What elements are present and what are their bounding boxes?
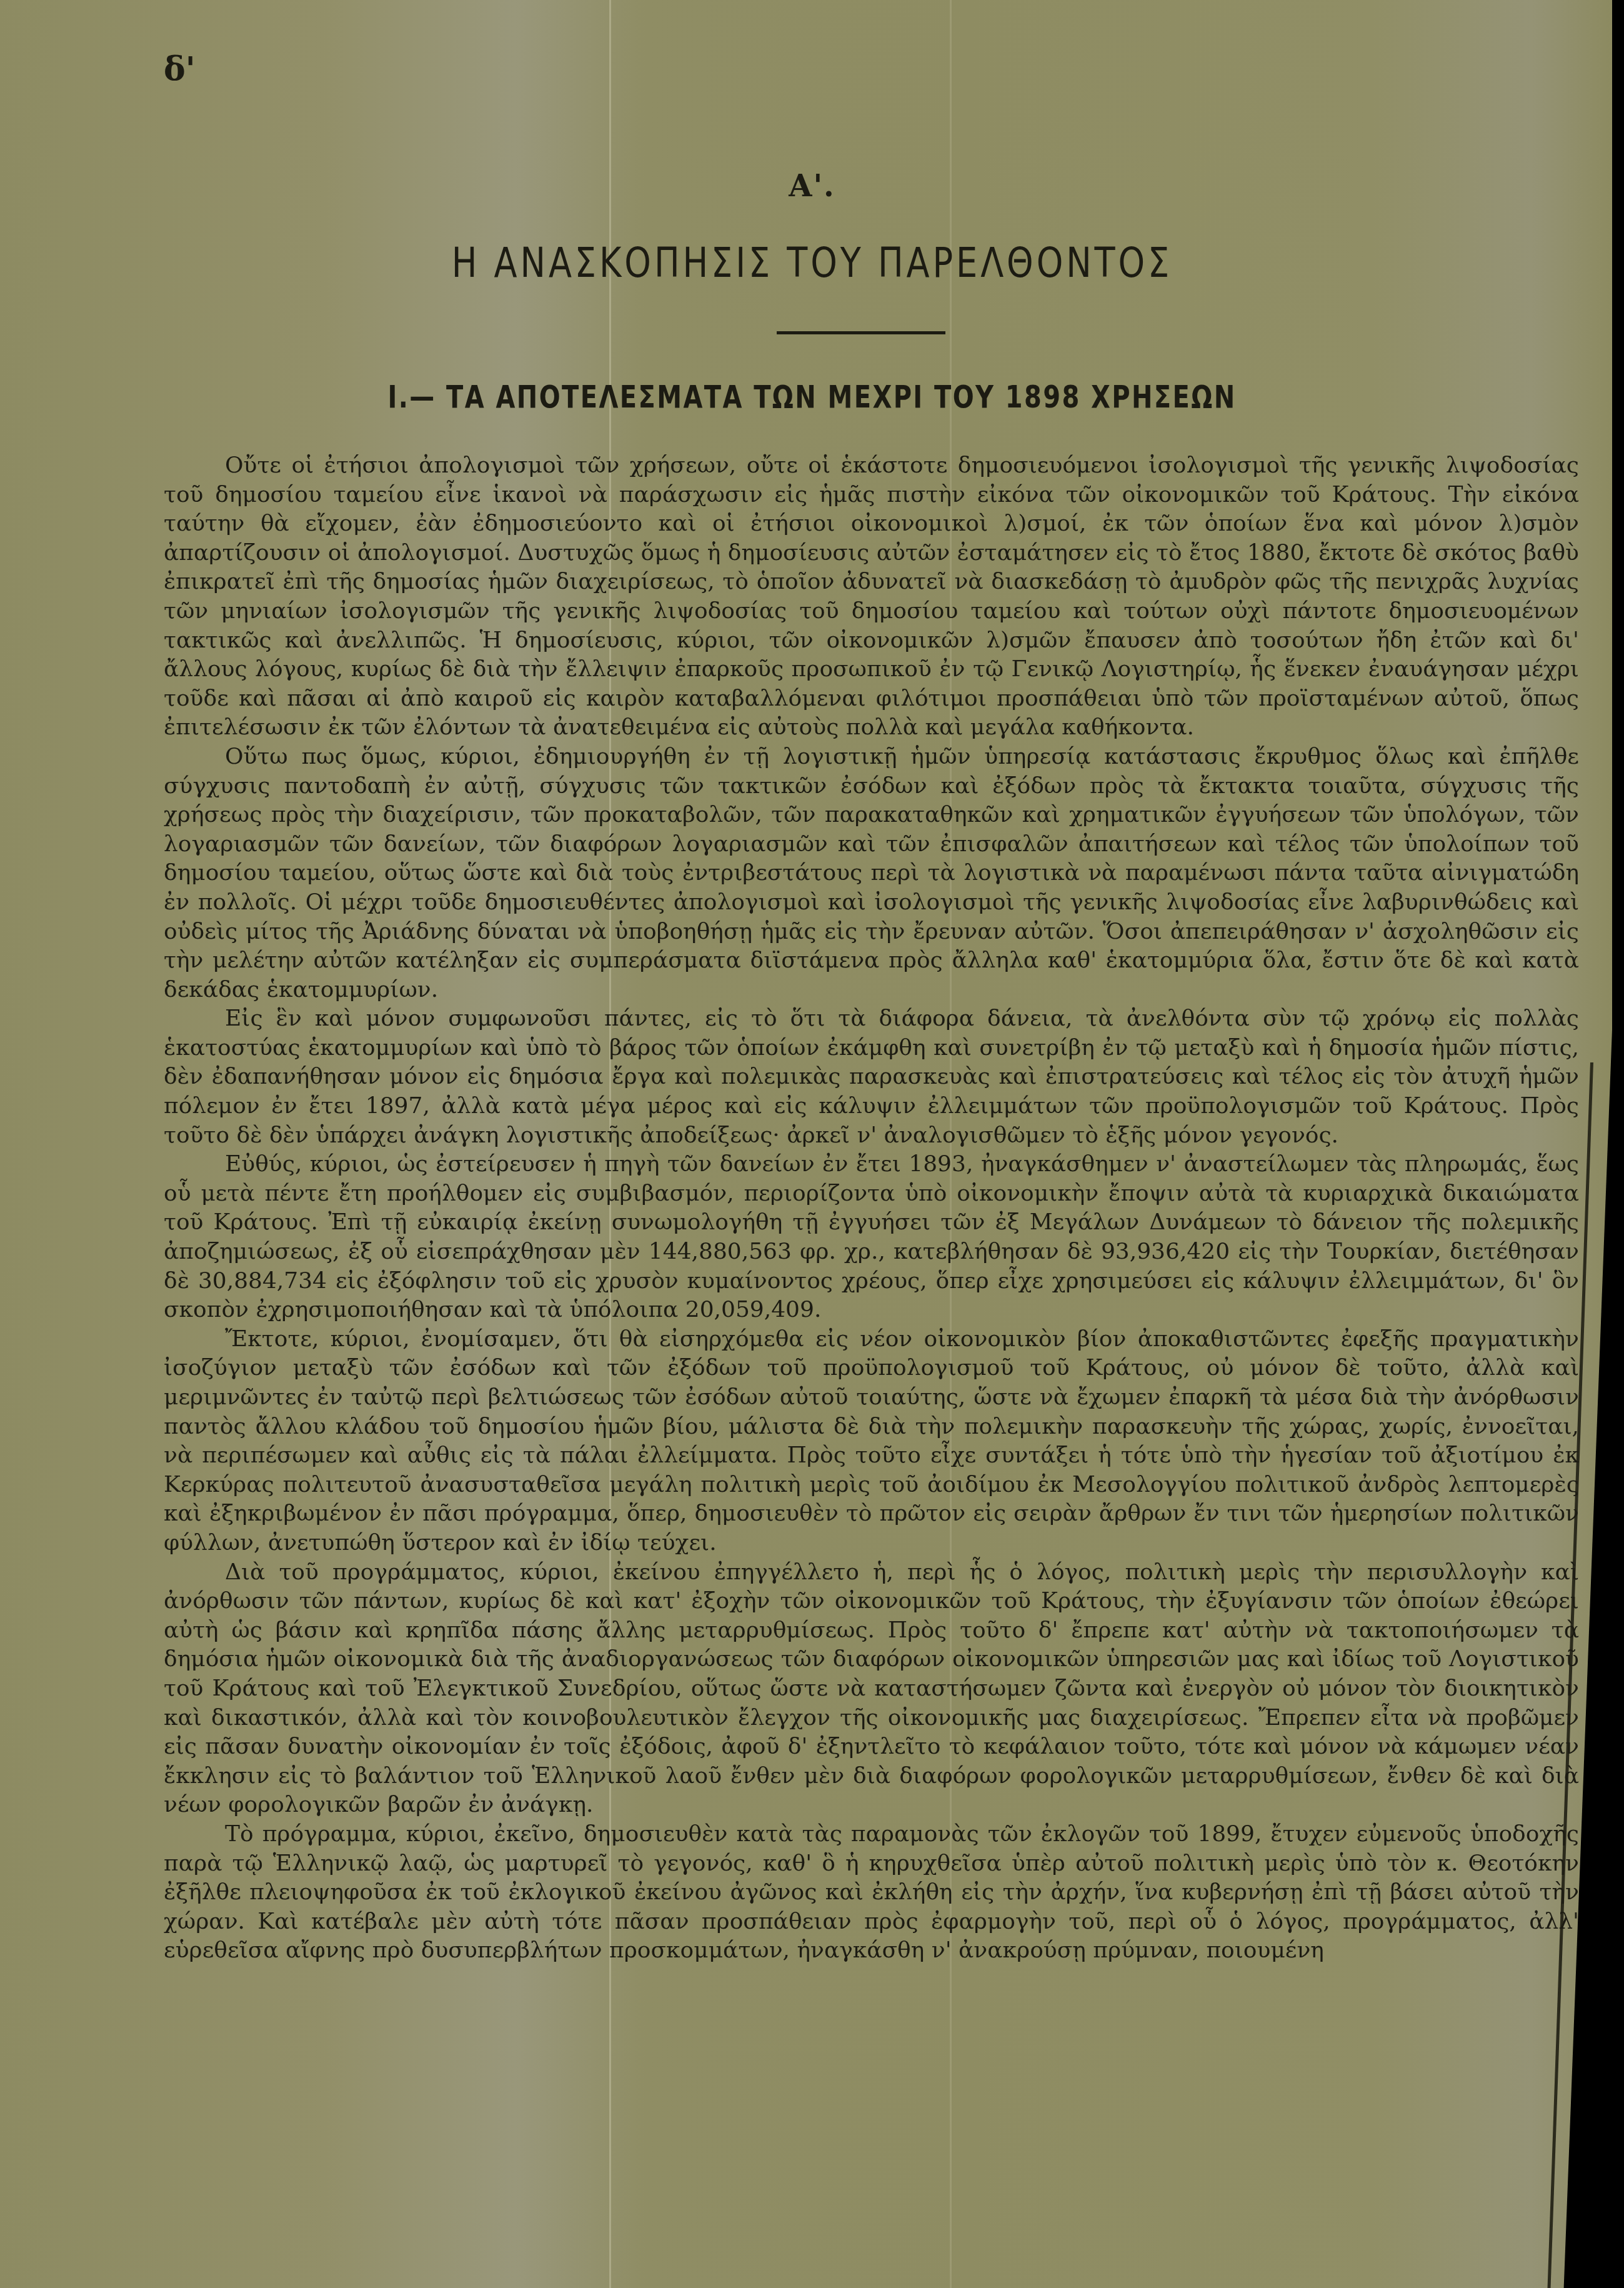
paragraph: Ἔκτοτε, κύριοι, ἐνομίσαμεν, ὅτι θὰ εἰσηρ…	[164, 1325, 1579, 1558]
paragraph: Διὰ τοῦ προγράμματος, κύριοι, ἐκείνου ἐπ…	[164, 1558, 1579, 1820]
title-divider	[777, 331, 945, 334]
paragraph: Οὕτω πως ὅμως, κύριοι, ἐδημιουργήθη ἐν τ…	[164, 742, 1579, 1004]
section-heading: Ι.— ΤΑ ΑΠΟΤΕΛΕΣΜΑΤΑ ΤΩΝ ΜΕΧΡΙ ΤΟΥ 1898 Χ…	[162, 379, 1462, 415]
body-text: Οὔτε οἱ ἐτήσιοι ἀπολογισμοὶ τῶν χρήσεων,…	[164, 451, 1579, 1966]
paragraph: Τὸ πρόγραμμα, κύριοι, ἐκεῖνο, δημοσιευθὲ…	[164, 1820, 1579, 1966]
page-number: δ'	[164, 50, 196, 88]
paragraph: Οὔτε οἱ ἐτήσιοι ἀπολογισμοὶ τῶν χρήσεων,…	[164, 451, 1579, 742]
page-title: Η ΑΝΑΣΚΟΠΗΣΙΣ ΤΟΥ ΠΑΡΕΛΘΟΝΤΟΣ	[146, 239, 1478, 287]
paragraph: Εἰς ἓν καὶ μόνον συμφωνοῦσι πάντες, εἰς …	[164, 1004, 1579, 1150]
part-label: Α'.	[0, 169, 1624, 204]
paragraph: Εὐθύς, κύριοι, ὡς ἐστείρευσεν ἡ πηγὴ τῶν…	[164, 1150, 1579, 1325]
